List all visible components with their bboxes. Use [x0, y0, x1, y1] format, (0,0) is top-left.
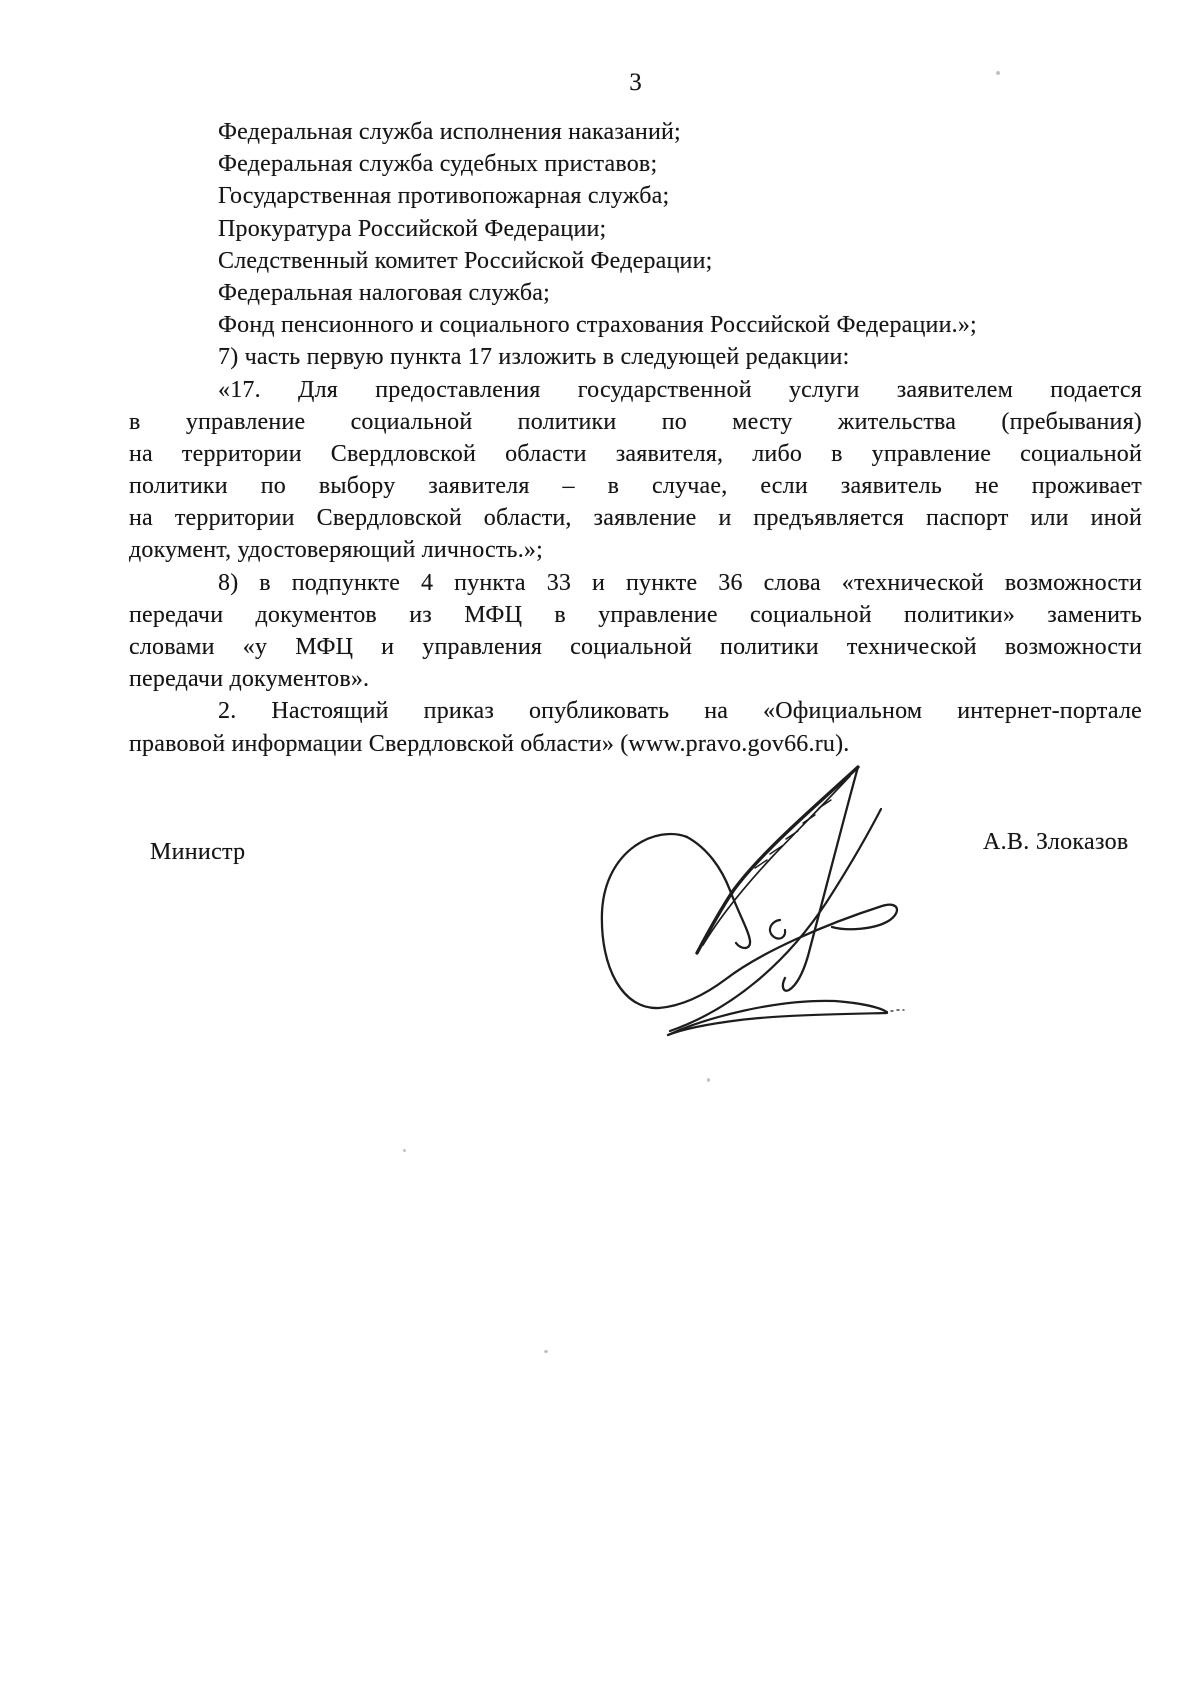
order-paragraphs: 7) часть первую пункта 17 изложить в сле… — [129, 341, 1142, 759]
paragraph-line: на территории Свердловской области заяви… — [129, 438, 1142, 470]
handwritten-signature — [545, 710, 915, 1060]
paragraph-line: политики по выбору заявителя – в случае,… — [129, 470, 1142, 502]
service-list-line: Прокуратура Российской Федерации; — [129, 213, 1142, 245]
paragraph-line: передачи документов». — [129, 663, 1142, 695]
paragraph-line: «17. Для предоставления государственной … — [129, 374, 1142, 406]
service-list-line: Федеральная налоговая служба; — [129, 277, 1142, 309]
scan-speck — [403, 1149, 406, 1152]
document-body: Федеральная служба исполнения наказаний;… — [129, 116, 1142, 760]
document-page: 3 Федеральная служба исполнения наказани… — [0, 0, 1200, 1697]
service-list-line: Федеральная служба судебных приставов; — [129, 148, 1142, 180]
signer-title: Министр — [150, 839, 245, 866]
service-list-line: Следственный комитет Российской Федераци… — [129, 245, 1142, 277]
signer-name: А.В. Злоказов — [983, 829, 1129, 856]
scan-speck — [996, 71, 1000, 75]
paragraph-line: 8) в подпункте 4 пункта 33 и пункте 36 с… — [129, 567, 1142, 599]
service-list-line: Федеральная служба исполнения наказаний; — [129, 116, 1142, 148]
page-number: 3 — [129, 68, 1142, 98]
paragraph-line: 7) часть первую пункта 17 изложить в сле… — [129, 341, 1142, 373]
paragraph-line: передачи документов из МФЦ в управление … — [129, 599, 1142, 631]
service-list-line: Фонд пенсионного и социального страхован… — [129, 309, 1142, 341]
paragraph-line: на территории Свердловской области, заяв… — [129, 502, 1142, 534]
paragraph-line: документ, удостоверяющий личность.»; — [129, 534, 1142, 566]
service-list-line: Государственная противопожарная служба; — [129, 180, 1142, 212]
scan-speck — [544, 1350, 548, 1353]
service-list: Федеральная служба исполнения наказаний;… — [129, 116, 1142, 341]
scan-speck — [707, 1078, 710, 1082]
paragraph-line: в управление социальной политики по мест… — [129, 406, 1142, 438]
paragraph-line: словами «у МФЦ и управления социальной п… — [129, 631, 1142, 663]
